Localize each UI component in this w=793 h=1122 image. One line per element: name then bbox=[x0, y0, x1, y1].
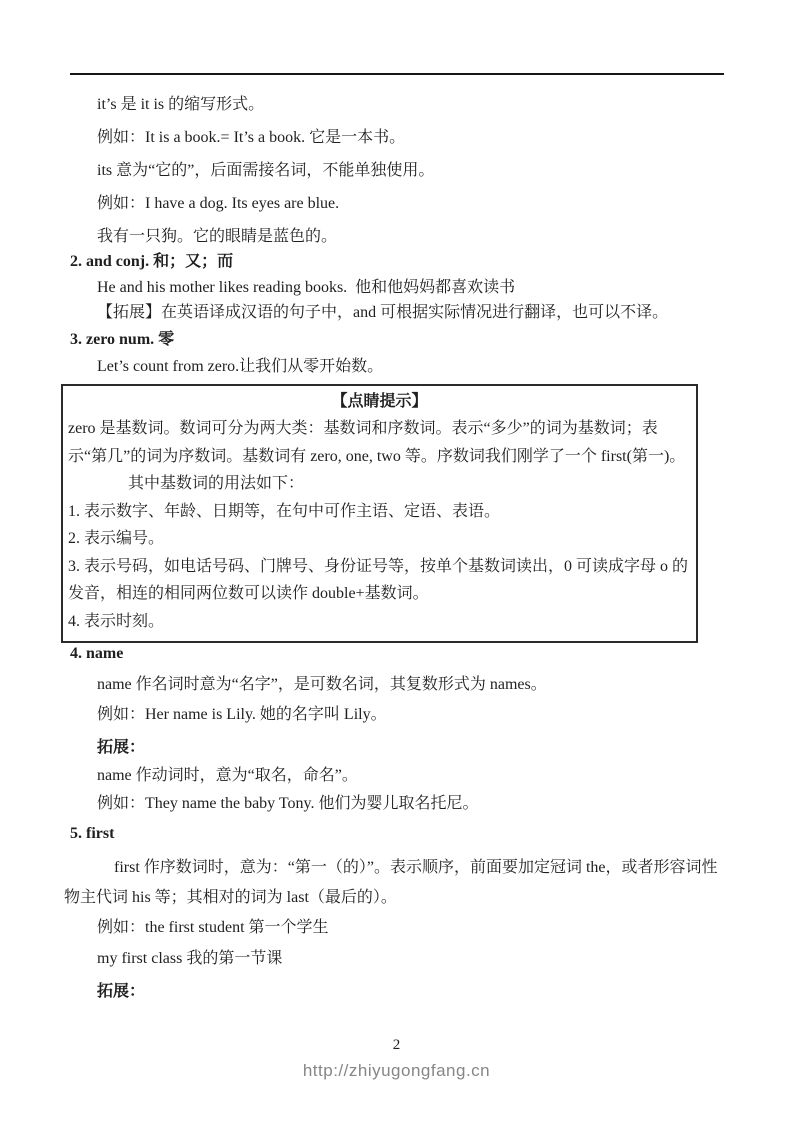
footer-url: http://zhiyugongfang.cn bbox=[0, 1060, 793, 1082]
body-line: 例如：the first student 第一个学生 bbox=[97, 914, 329, 942]
section-heading-zero: 3. zero num. 零 bbox=[70, 327, 174, 353]
tip-box-item: 3. 表示号码，如电话号码、门牌号、身份证号等，按单个基数词读出，0 可读成字母… bbox=[68, 553, 691, 608]
body-line: 例如：Her name is Lily. 她的名字叫 Lily。 bbox=[97, 700, 733, 730]
body-line: Let’s count from zero.让我们从零开始数。 bbox=[97, 354, 383, 380]
body-line: its 意为“它的”，后面需接名词，不能单独使用。 bbox=[97, 154, 727, 187]
section-first-paragraph: first 作序数词时，意为：“第一（的）”。表示顺序，前面要加定冠词 the，… bbox=[64, 853, 730, 913]
expansion-subheading: 拓展： bbox=[97, 978, 145, 1006]
tip-box: 【点睛提示】 zero 是基数词。数词可分为两大类：基数词和序数词。表示“多少”… bbox=[61, 384, 698, 643]
section-heading-name: 4. name bbox=[70, 640, 123, 667]
section-and-body: He and his mother likes reading books. 他… bbox=[97, 275, 733, 325]
tip-box-usage-intro: 其中基数词的用法如下： bbox=[68, 470, 691, 498]
section-its-body: it’s 是 it is 的缩写形式。 例如：It is a book.= It… bbox=[97, 88, 727, 253]
tip-box-paragraph: zero 是基数词。数词可分为两大类：基数词和序数词。表示“多少”的词为基数词；… bbox=[68, 415, 691, 470]
section-heading-and: 2. and conj. 和；又；而 bbox=[70, 249, 233, 275]
tip-box-item: 1. 表示数字、年龄、日期等，在句中可作主语、定语、表语。 bbox=[68, 498, 691, 526]
body-line: name 作名词时意为“名字”，是可数名词，其复数形式为 names。 bbox=[97, 670, 733, 700]
expansion-subheading: 拓展： bbox=[97, 734, 145, 762]
body-line: 【拓展】在英语译成汉语的句子中，and 可根据实际情况进行翻译，也可以不译。 bbox=[97, 300, 733, 325]
body-line: 例如：It is a book.= It’s a book. 它是一本书。 bbox=[97, 121, 727, 154]
tip-box-item: 4. 表示时刻。 bbox=[68, 608, 691, 636]
page-number: 2 bbox=[0, 1036, 793, 1054]
header-rule bbox=[70, 73, 724, 75]
tip-box-title: 【点睛提示】 bbox=[68, 388, 691, 415]
body-line: it’s 是 it is 的缩写形式。 bbox=[97, 88, 727, 121]
section-name-noun-body: name 作名词时意为“名字”，是可数名词，其复数形式为 names。 例如：H… bbox=[97, 670, 733, 730]
body-line: 例如：I have a dog. Its eyes are blue. bbox=[97, 187, 727, 220]
body-line: my first class 我的第一节课 bbox=[97, 945, 282, 973]
body-line: 例如：They name the baby Tony. 他们为婴儿取名托尼。 bbox=[97, 790, 733, 818]
tip-box-item: 2. 表示编号。 bbox=[68, 525, 691, 553]
document-page: it’s 是 it is 的缩写形式。 例如：It is a book.= It… bbox=[0, 0, 793, 1122]
body-line: name 作动词时，意为“取名，命名”。 bbox=[97, 762, 733, 790]
body-line: He and his mother likes reading books. 他… bbox=[97, 275, 733, 300]
section-name-verb-body: name 作动词时，意为“取名，命名”。 例如：They name the ba… bbox=[97, 762, 733, 818]
section-heading-first: 5. first bbox=[70, 820, 114, 847]
